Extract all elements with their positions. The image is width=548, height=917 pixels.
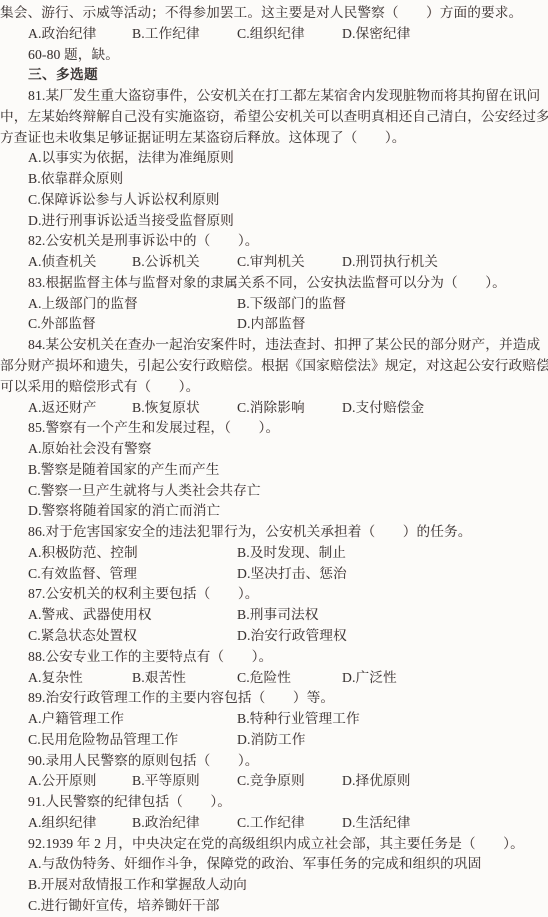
option-item: A.组织纪律 [28,813,132,834]
option-item: B.特种行业管理工作 [237,709,548,730]
text-line: C.警察一旦产生就将与人类社会共存亡 [0,481,548,502]
option-item: D.刑罚执行机关 [342,252,548,273]
options-row: C.有效监督、管理D.坚决打击、惩治 [0,564,548,585]
option-item: D.生活纪律 [342,813,548,834]
text-line: 集会、游行、示威等活动；不得参加罢工。这主要是对人民警察（ ）方面的要求。 [0,3,548,24]
option-item: C.工作纪律 [237,813,342,834]
options-row: A.公开原则B.平等原则C.竞争原则D.择优原则 [0,771,548,792]
text-line: 中，左某始终辩解自己没有实施盗窃，希望公安机关可以查明真相还自己清白，公安经过多 [0,107,548,128]
option-item: A.警戒、武器使用权 [28,605,237,626]
option-item: D.保密纪律 [342,24,548,45]
option-item: A.积极防范、控制 [28,543,237,564]
option-item: C.竞争原则 [237,771,342,792]
text-line: 88.公安专业工作的主要特点有（ ）。 [0,647,548,668]
option-item: C.消除影响 [237,398,342,419]
text-line: 84.某公安机关在查办一起治安案件时，违法查封、扣押了某公民的部分财产，并造成 [0,335,548,356]
option-item: C.外部监督 [28,314,237,335]
option-item: C.审判机关 [237,252,342,273]
text-line: 91.人民警察的纪律包括（ ）。 [0,792,548,813]
options-row: A.上级部门的监督B.下级部门的监督 [0,294,548,315]
text-line: 86.对于危害国家安全的违法犯罪行为，公安机关承担着（ ）的任务。 [0,522,548,543]
option-item: C.紧急状态处置权 [28,626,237,647]
document-text-block: 集会、游行、示威等活动；不得参加罢工。这主要是对人民警察（ ）方面的要求。A.政… [0,3,548,917]
option-item: B.恢复原状 [132,398,237,419]
options-row: C.外部监督D.内部监督 [0,314,548,335]
option-item: B.政治纪律 [132,813,237,834]
option-item: A.返还财产 [28,398,132,419]
option-item: C.有效监督、管理 [28,564,237,585]
option-item: A.上级部门的监督 [28,294,237,315]
options-row: A.组织纪律B.政治纪律C.工作纪律D.生活纪律 [0,813,548,834]
text-line: 81.某厂发生重大盗窃事件，公安机关在打工都左某宿舍内发现脏物而将其拘留在讯问 [0,86,548,107]
option-item: D.坚决打击、惩治 [237,564,548,585]
text-line: A.与敌伪特务、奸细作斗争，保障党的政治、军事任务的完成和组织的巩固 [0,854,548,875]
options-row: A.复杂性B.艰苦性C.危险性D.广泛性 [0,668,548,689]
option-item: D.择优原则 [342,771,548,792]
text-line: 83.根据监督主体与监督对象的隶属关系不同，公安执法监督可以分为（ ）。 [0,273,548,294]
option-item: D.广泛性 [342,668,548,689]
option-item: D.支付赔偿金 [342,398,548,419]
option-item: B.下级部门的监督 [237,294,548,315]
text-line: 90.录用人民警察的原则包括（ ）。 [0,751,548,772]
option-item: A.公开原则 [28,771,132,792]
options-row: A.返还财产B.恢复原状C.消除影响D.支付赔偿金 [0,398,548,419]
option-item: A.户籍管理工作 [28,709,237,730]
option-item: A.侦查机关 [28,252,132,273]
options-row: A.积极防范、控制B.及时发现、制止 [0,543,548,564]
text-line: 87.公安机关的权利主要包括（ ）。 [0,584,548,605]
text-line: 92.1939 年 2 月，中央决定在党的高级组织内成立社会部，其主要任务是（ … [0,834,548,855]
option-item: B.工作纪律 [132,24,237,45]
text-line: B.开展对敌情报工作和掌握敌人动向 [0,875,548,896]
scanned-exam-page: 集会、游行、示威等活动；不得参加罢工。这主要是对人民警察（ ）方面的要求。A.政… [0,0,548,917]
text-line: A.原始社会没有警察 [0,439,548,460]
options-row: A.户籍管理工作B.特种行业管理工作 [0,709,548,730]
text-line: D.警察将随着国家的消亡而消亡 [0,501,548,522]
text-line: 82.公安机关是刑事诉讼中的（ ）。 [0,231,548,252]
text-line: A.以事实为依据，法律为准绳原则 [0,148,548,169]
option-item: B.公诉机关 [132,252,237,273]
text-line: 部分财产损坏和遗失，引起公安行政赔偿。根据《国家赔偿法》规定，对这起公安行政赔偿 [0,356,548,377]
option-item: D.内部监督 [237,314,548,335]
text-line: C.进行锄奸宣传，培养锄奸干部 [0,896,548,917]
options-row: A.政治纪律B.工作纪律C.组织纪律D.保密纪律 [0,24,548,45]
option-item: D.治安行政管理权 [237,626,548,647]
option-item: C.民用危险物品管理工作 [28,730,237,751]
option-item: D.消防工作 [237,730,548,751]
text-line: B.警察是随着国家的产生而产生 [0,460,548,481]
option-item: B.艰苦性 [132,668,237,689]
text-line: 60-80 题，缺。 [0,45,548,66]
options-row: C.民用危险物品管理工作D.消防工作 [0,730,548,751]
options-row: A.警戒、武器使用权B.刑事司法权 [0,605,548,626]
option-item: A.政治纪律 [28,24,132,45]
section-heading: 三、多选题 [0,65,548,86]
options-row: A.侦查机关B.公诉机关C.审判机关D.刑罚执行机关 [0,252,548,273]
text-line: B.依靠群众原则 [0,169,548,190]
option-item: C.危险性 [237,668,342,689]
option-item: B.平等原则 [132,771,237,792]
option-item: C.组织纪律 [237,24,342,45]
text-line: D.进行刑事诉讼适当接受监督原则 [0,211,548,232]
text-line: C.保障诉讼参与人诉讼权利原则 [0,190,548,211]
text-line: 85.警察有一个产生和发展过程，（ ）。 [0,418,548,439]
text-line: 可以采用的赔偿形式有（ ）。 [0,377,548,398]
option-item: A.复杂性 [28,668,132,689]
option-item: B.刑事司法权 [237,605,548,626]
option-item: B.及时发现、制止 [237,543,548,564]
text-line: 89.治安行政管理工作的主要内容包括（ ）等。 [0,688,548,709]
options-row: C.紧急状态处置权D.治安行政管理权 [0,626,548,647]
text-line: 方查证也未收集足够证据证明左某盗窃后释放。这体现了（ ）。 [0,128,548,149]
